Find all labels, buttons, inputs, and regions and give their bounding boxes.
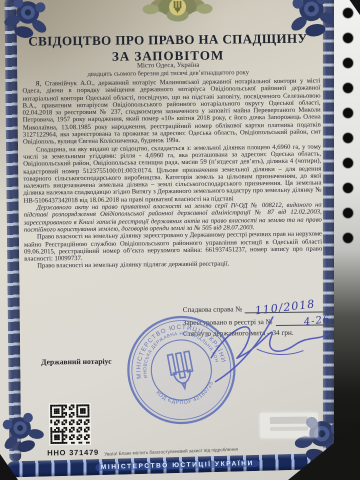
coat-of-arms-icon [135,0,219,23]
blank-number: ННО 371479 [47,448,99,458]
document-body: Я, Ставнійчук А.О., державний нотаріус М… [22,78,322,271]
photo-frame: МІНІСТЕРСТВО ЮСТИЦІЇ УКРАЇНИ [0,0,360,480]
paragraph-ownership-registration: Право власності на земельну ділянку заре… [24,231,322,263]
qr-code [49,403,91,445]
paragraph-inheritance: Спадщина, на яку видано це свідоцтво, ск… [23,143,322,204]
rose-ornament-icon [0,403,52,464]
paragraph-testator: Я, Ставнійчук А.О., державний нотаріус М… [22,78,321,147]
faint-stamp-mark [260,413,318,439]
notary-title-label: Державний нотаріус [41,357,111,367]
ministry-border-text: МІНІСТЕРСТВО ЮСТИЦІЇ УКРАЇНИ [96,459,259,470]
notary-signature [199,310,342,387]
perforation-dots [339,2,357,256]
paragraph-state-act: Державного акту на право приватної власн… [24,202,322,234]
photo-edge-strip [334,0,360,480]
